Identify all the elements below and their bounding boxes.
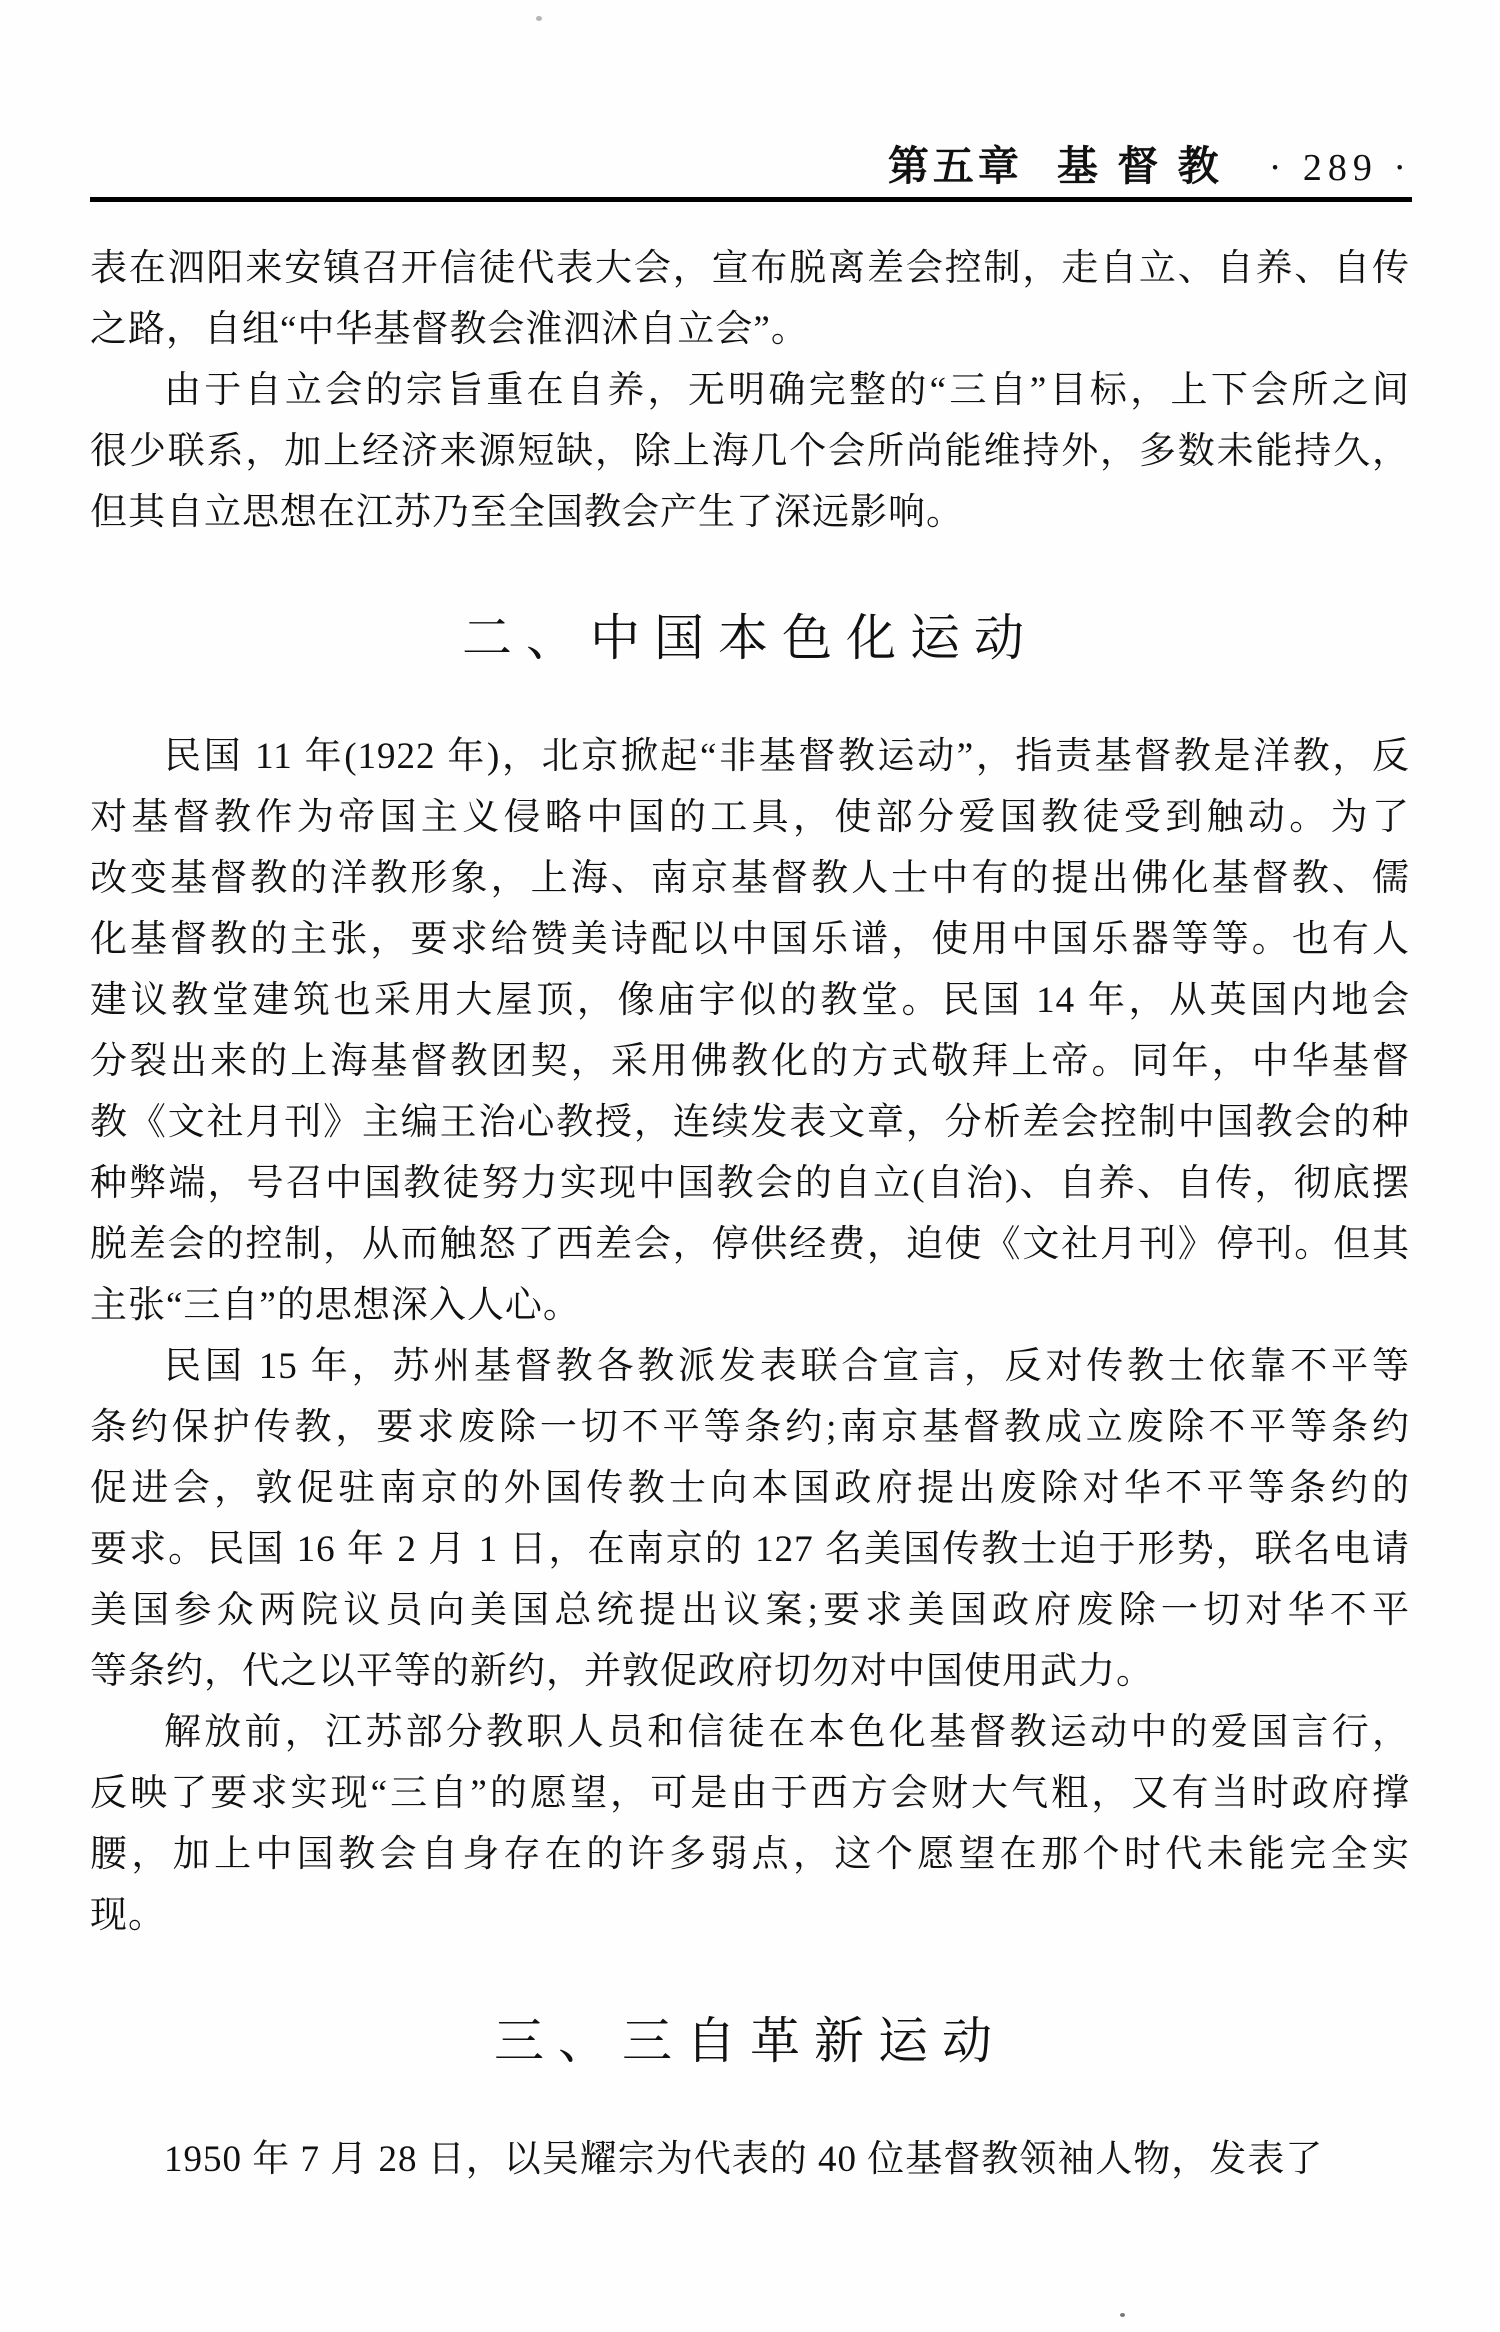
text-line: 但其自立思想在江苏乃至全国教会产生了深远影响。	[90, 482, 1410, 543]
section-heading: 二、中国本色化运动	[90, 598, 1410, 678]
text-line: 反映了要求实现“三自”的愿望，可是由于西方会财大气粗，又有当时政府撑	[90, 1763, 1410, 1824]
chapter-title: 基 督 教	[1057, 133, 1223, 192]
header-rule	[90, 197, 1412, 202]
text-line: 由于自立会的宗旨重在自养，无明确完整的“三自”目标，上下会所之间	[90, 360, 1410, 421]
paragraph: 1950 年 7 月 28 日，以吴耀宗为代表的 40 位基督教领袖人物，发表了	[90, 2129, 1410, 2190]
book-page: 第五章 基 督 教 · 289 · 表在泗阳来安镇召开信徒代表大会，宣布脱离差会…	[0, 0, 1500, 2332]
running-header: 第五章 基 督 教 · 289 ·	[888, 133, 1412, 192]
text-line: 现。	[90, 1885, 1410, 1946]
text-line: 解放前，江苏部分教职人员和信徒在本色化基督教运动中的爱国言行，	[90, 1702, 1410, 1763]
paragraph: 表在泗阳来安镇召开信徒代表大会，宣布脱离差会控制，走自立、自养、自传之路，自组“…	[90, 238, 1410, 360]
text-line: 促进会，敦促驻南京的外国传教士向本国政府提出废除对华不平等条约的	[90, 1458, 1410, 1519]
text-line: 对基督教作为帝国主义侵略中国的工具，使部分爱国教徒受到触动。为了	[90, 787, 1410, 848]
text-line: 种弊端，号召中国教徒努力实现中国教会的自立(自治)、自养、自传，彻底摆	[90, 1153, 1410, 1214]
scan-speck	[1120, 2313, 1125, 2317]
text-line: 之路，自组“中华基督教会淮泗沭自立会”。	[90, 299, 1410, 360]
text-line: 腰，加上中国教会自身存在的许多弱点，这个愿望在那个时代未能完全实	[90, 1824, 1410, 1885]
chapter-label: 第五章	[888, 133, 1023, 192]
text-line: 民国 11 年(1922 年)，北京掀起“非基督教运动”，指责基督教是洋教，反	[90, 726, 1410, 787]
text-line: 脱差会的控制，从而触怒了西差会，停供经费，迫使《文社月刊》停刊。但其	[90, 1214, 1410, 1275]
text-line: 改变基督教的洋教形象，上海、南京基督教人士中有的提出佛化基督教、儒	[90, 848, 1410, 909]
scan-speck	[536, 16, 542, 21]
paragraph: 由于自立会的宗旨重在自养，无明确完整的“三自”目标，上下会所之间很少联系，加上经…	[90, 360, 1410, 543]
section-heading: 三、三自革新运动	[90, 2001, 1410, 2081]
text-line: 建议教堂建筑也采用大屋顶，像庙宇似的教堂。民国 14 年，从英国内地会	[90, 970, 1410, 1031]
text-line: 美国参众两院议员向美国总统提出议案;要求美国政府废除一切对华不平	[90, 1580, 1410, 1641]
text-line: 主张“三自”的思想深入人心。	[90, 1275, 1410, 1336]
text-line: 要求。民国 16 年 2 月 1 日，在南京的 127 名美国传教士迫于形势，联…	[90, 1519, 1410, 1580]
text-line: 1950 年 7 月 28 日，以吴耀宗为代表的 40 位基督教领袖人物，发表了	[90, 2129, 1410, 2190]
text-line: 条约保护传教，要求废除一切不平等条约;南京基督教成立废除不平等条约	[90, 1397, 1410, 1458]
text-line: 等条约，代之以平等的新约，并敦促政府切勿对中国使用武力。	[90, 1641, 1410, 1702]
paragraph: 解放前，江苏部分教职人员和信徒在本色化基督教运动中的爱国言行，反映了要求实现“三…	[90, 1702, 1410, 1946]
page-body: 表在泗阳来安镇召开信徒代表大会，宣布脱离差会控制，走自立、自养、自传之路，自组“…	[90, 238, 1410, 2190]
paragraph: 民国 11 年(1922 年)，北京掀起“非基督教运动”，指责基督教是洋教，反对…	[90, 726, 1410, 1336]
text-line: 表在泗阳来安镇召开信徒代表大会，宣布脱离差会控制，走自立、自养、自传	[90, 238, 1410, 299]
page-number: · 289 ·	[1269, 146, 1412, 190]
text-line: 化基督教的主张，要求给赞美诗配以中国乐谱，使用中国乐器等等。也有人	[90, 909, 1410, 970]
paragraph: 民国 15 年，苏州基督教各教派发表联合宣言，反对传教士依靠不平等条约保护传教，…	[90, 1336, 1410, 1702]
text-line: 很少联系，加上经济来源短缺，除上海几个会所尚能维持外，多数未能持久，	[90, 421, 1410, 482]
text-line: 教《文社月刊》主编王治心教授，连续发表文章，分析差会控制中国教会的种	[90, 1092, 1410, 1153]
text-line: 民国 15 年，苏州基督教各教派发表联合宣言，反对传教士依靠不平等	[90, 1336, 1410, 1397]
text-line: 分裂出来的上海基督教团契，采用佛教化的方式敬拜上帝。同年，中华基督	[90, 1031, 1410, 1092]
